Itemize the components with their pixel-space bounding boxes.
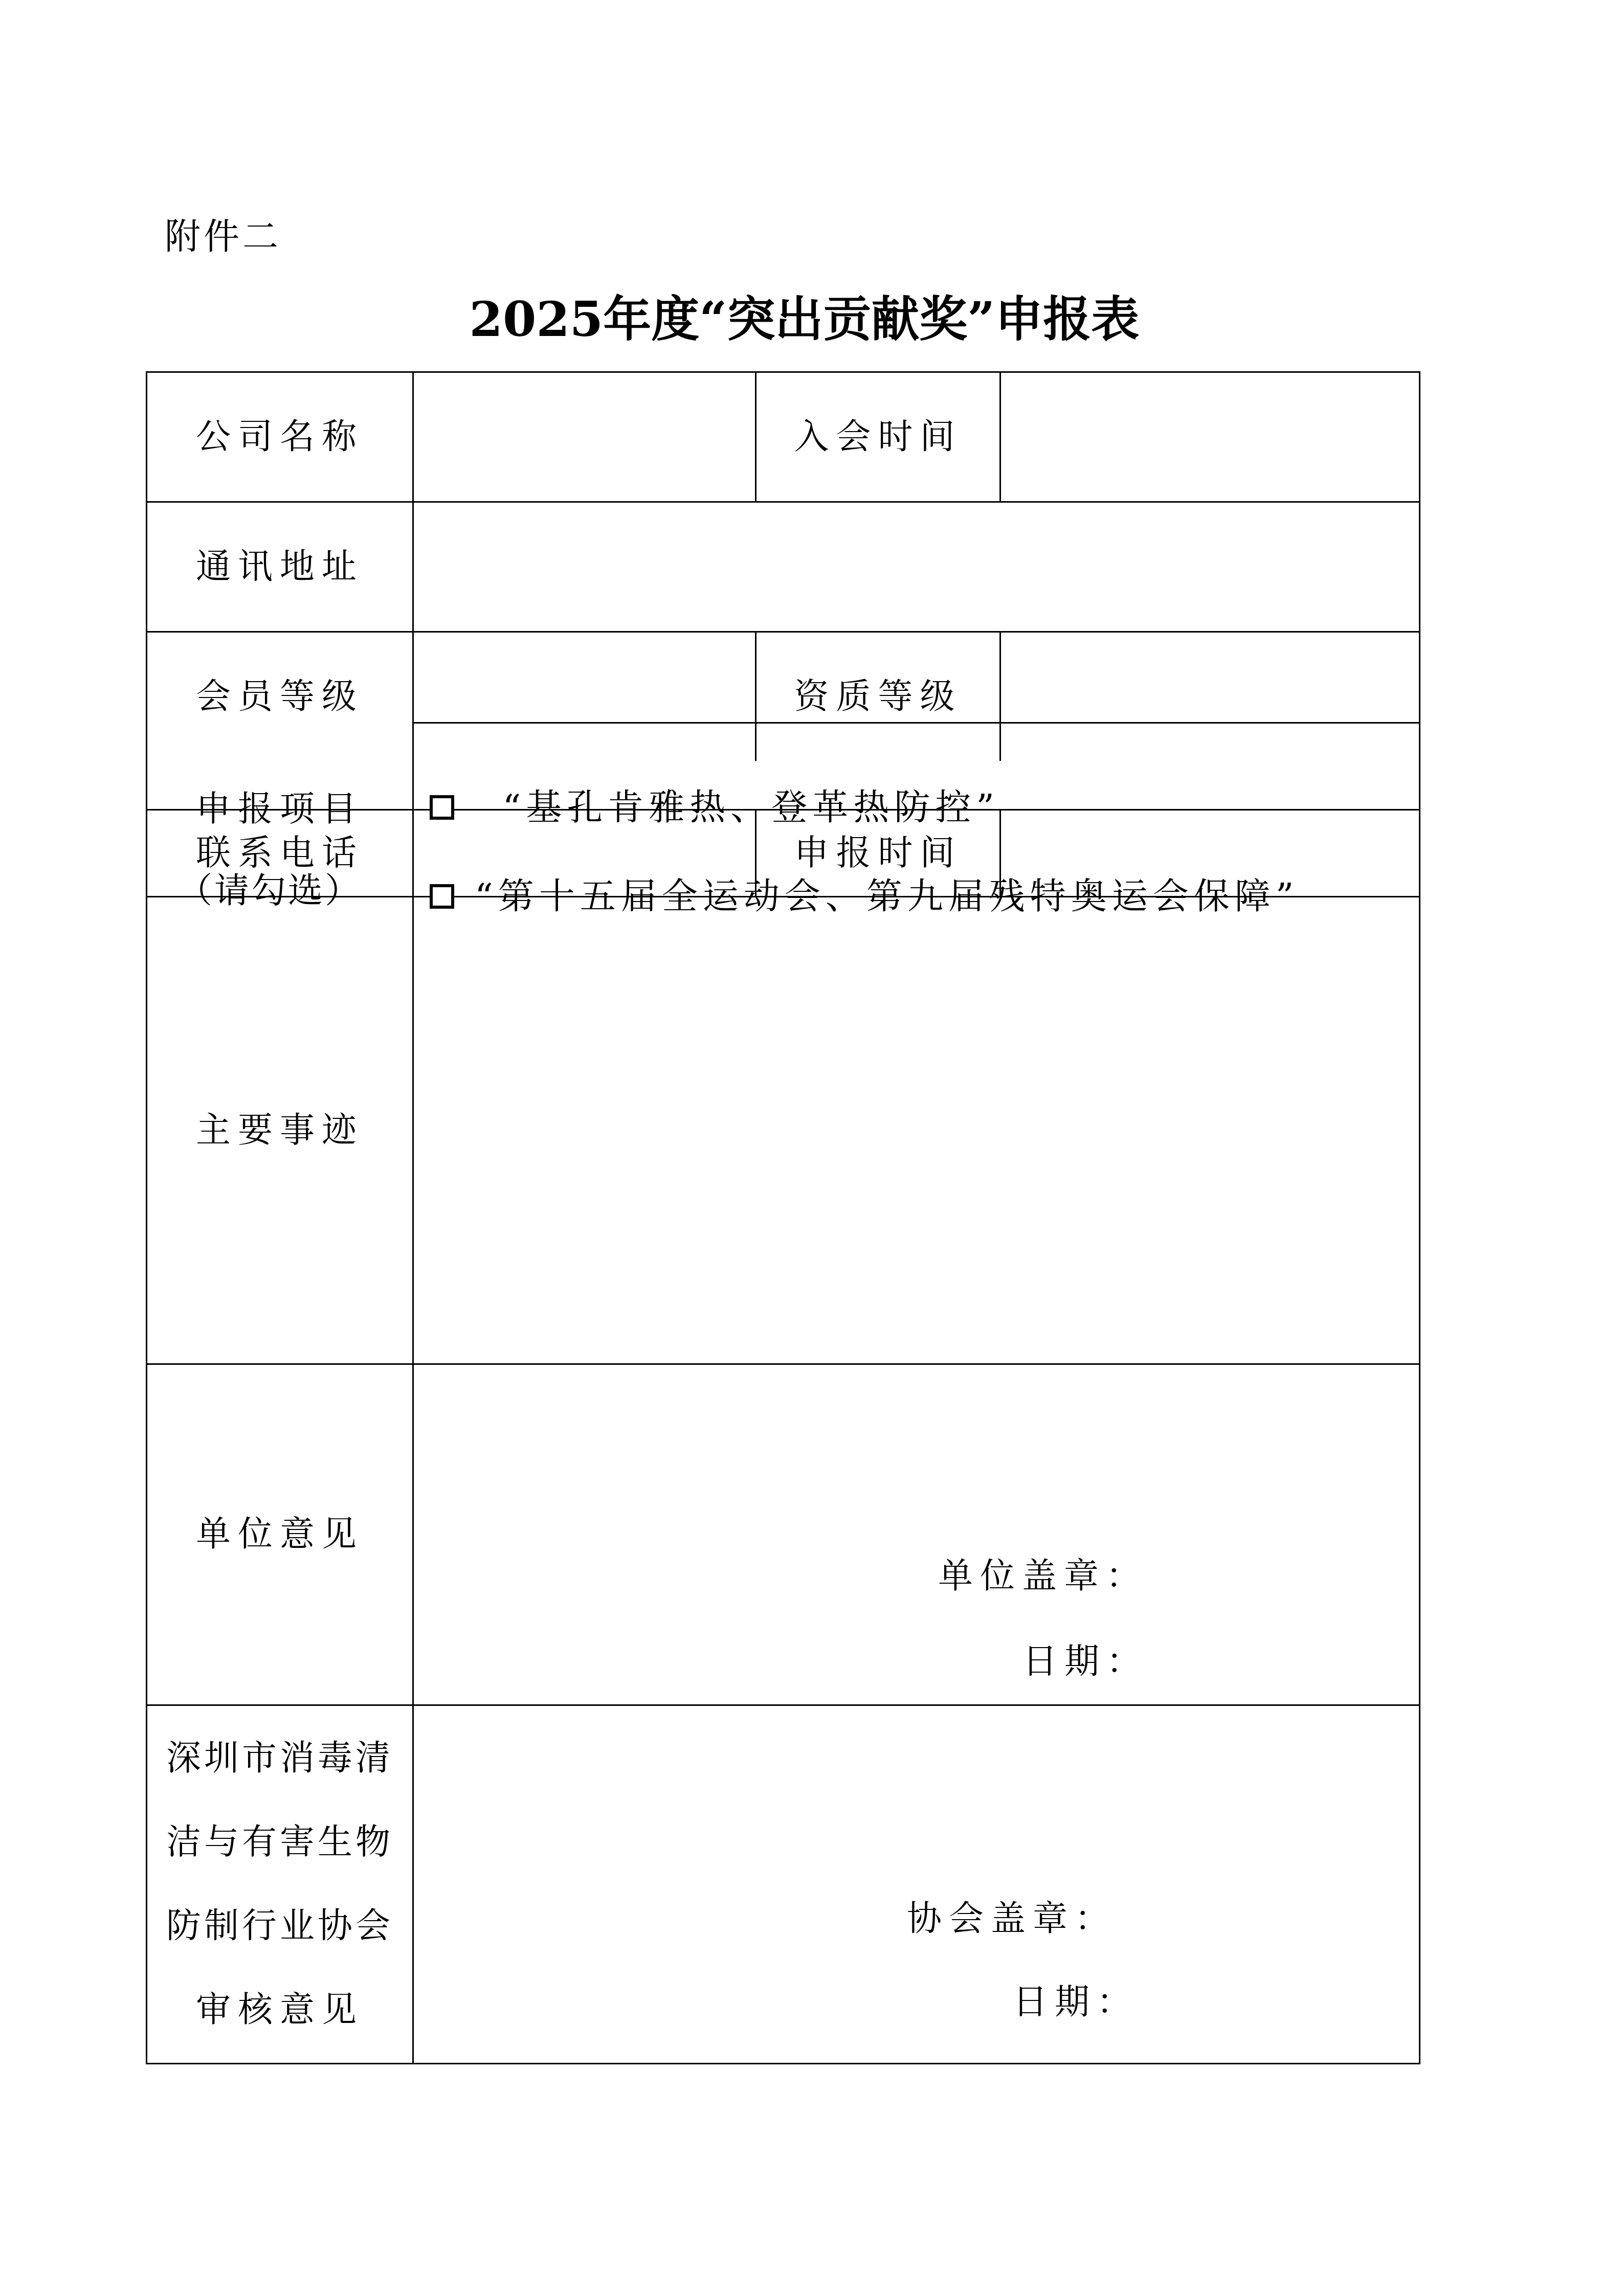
company-name-label: 公司名称 [147,373,412,501]
association-review-label-line: 洁与有害生物 [166,1825,393,1860]
achievements-field[interactable] [414,897,1419,1363]
unit-opinion-field[interactable] [414,1365,1419,1704]
qualification-level-label: 资质等级 [757,633,999,761]
association-review-label-line: 防制行业协会 [166,1909,393,1944]
submission-time-field[interactable] [1001,811,1419,896]
association-review-label-line: 审核意见 [196,1993,364,2028]
association-review-label: 深圳市消毒清 洁与有害生物 防制行业协会 审核意见 [147,1706,412,2063]
contact-phone-label: 联系电话 [147,811,412,896]
achievements-label: 主要事迹 [147,897,412,1363]
member-level-field[interactable] [414,633,755,761]
unit-seal-label: 单位盖章： [938,1559,1148,1594]
join-time-field[interactable] [1001,373,1419,501]
application-form-table: 公司名称 入会时间 通讯地址 会员等级 资质等级 申报项目 （请勾选） “基孔肯… [146,371,1420,2064]
unit-opinion-label: 单位意见 [147,1365,412,1704]
association-seal-label: 协会盖章： [907,1902,1117,1937]
company-name-field[interactable] [414,373,755,501]
submission-time-label: 申报时间 [757,811,999,896]
association-date-label: 日期： [1013,1985,1139,2020]
association-review-label-line: 深圳市消毒清 [166,1741,393,1776]
qualification-level-field[interactable] [1001,633,1419,761]
member-level-label: 会员等级 [147,633,412,761]
association-review-field[interactable] [414,1706,1419,2063]
unit-date-label: 日期： [1022,1645,1148,1679]
page-title: 2025年度“突出贡献奖”申报表 [0,291,1616,348]
contact-phone-field[interactable] [414,811,755,896]
attachment-label: 附件二 [165,214,281,260]
address-label: 通讯地址 [147,503,412,631]
join-time-label: 入会时间 [757,373,999,501]
address-field[interactable] [414,503,1419,631]
